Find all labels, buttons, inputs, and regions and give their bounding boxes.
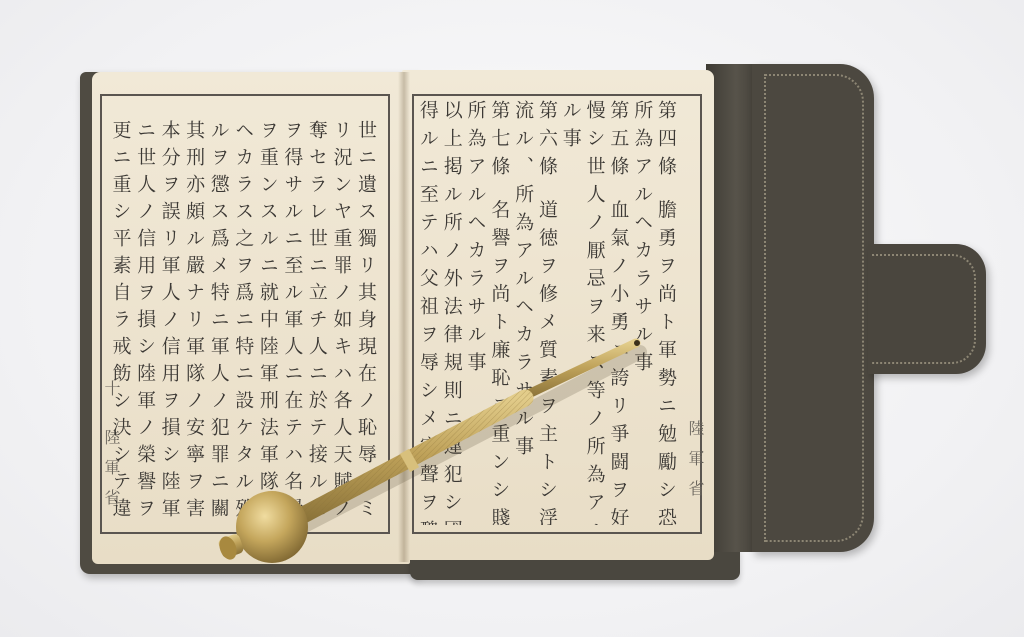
text-column: 流ル、所為アルヘカラサル事	[513, 100, 537, 525]
text-column: 第五條 血氣ノ小勇ニ誇リ爭闘ヲ好ミ他人ヲ侮	[609, 100, 633, 525]
text-column: 第七條 名譽ヲ尚ト廉恥ヲ重ンシ賤劣貪汚ノ	[490, 100, 514, 525]
text-column: 奪セラレ世ニ立チ人ニ於テ接ルモ總テ對等ノ	[306, 120, 331, 525]
book-cover-flap	[752, 64, 874, 552]
text-column: ニ世人ノ信用ヲ損シ陸軍ノ榮譽ヲ汚ス等其責	[135, 120, 160, 525]
text-column: 得ルニ至テハ父祖ヲ辱シメ家聲ヲ醜ヲ後	[418, 100, 442, 525]
right-page-text: 第四條 膽勇ヲ尚ト軍勢ニ勉勵シ恐怯柔懦ノ 所為アルヘカラサル事 第五條 血氣ノ小…	[418, 100, 680, 525]
text-column: ヲ重ンスルニ就中陸軍刑法軍隊ノ刑罰	[257, 120, 282, 525]
text-column: 世ニ遺ス獨リ其身現在ノ恥辱ノミナラ	[355, 120, 380, 525]
text-column: 更ニ重シ平素自ラ戒飭シ決シテ違犯スヘカラ	[110, 120, 135, 525]
text-column: 本分ヲ誤リ軍人ノ信用ヲ損シ陸軍ノ榮譽ヲ汚	[159, 120, 184, 525]
book-gutter	[398, 72, 410, 562]
right-page-margin-label: 陸軍省	[684, 420, 707, 510]
text-column: 第六條 道徳ヲ修メ質素ヲ主トシ浮華文弱等ニ	[537, 100, 561, 525]
text-column: リ況ンヤ重罪ノ如キハ各人天賦ノ公權	[331, 120, 356, 525]
text-column: 其刑亦頗ル嚴ナリ軍隊ノ安寧ヲ害スル	[184, 120, 209, 525]
left-page-text: 世ニ遺ス獨リ其身現在ノ恥辱ノミナラ リ況ンヤ重罪ノ如キハ各人天賦ノ公權 奪セラレ…	[110, 120, 380, 525]
photo-scene: 十 陸軍省 陸軍省 世ニ遺ス獨リ其身現在ノ恥辱ノミナラ リ況ンヤ重罪ノ如キハ各人…	[0, 0, 1024, 637]
text-column: 慢シ世人ノ厭忌ヲ来ス等ノ所為アルヘカラサ	[585, 100, 609, 525]
text-column: ヲ得サルニ至ル軍人ニ在テハ名譽ヲ尚ヒ	[282, 120, 307, 525]
book-cover-closing-tab	[868, 244, 986, 374]
text-column: 以上掲ル所ノ外法律規則ニ違犯シ國家ニ	[442, 100, 466, 525]
text-column: 第四條 膽勇ヲ尚ト軍勢ニ勉勵シ恐怯柔懦ノ	[656, 100, 680, 525]
text-column: 所為アルヘカラサル事	[466, 100, 490, 525]
text-column: ルヲ懲ス爲メ特ニ軍人ノ犯罪ニ關シテ	[208, 120, 233, 525]
text-column: ル事	[561, 100, 585, 525]
text-column: ヘカラス之ヲ爲ニ特ニ設ケタル殊ニ戒慎	[233, 120, 258, 525]
text-column: 所為アルヘカラサル事	[632, 100, 656, 525]
